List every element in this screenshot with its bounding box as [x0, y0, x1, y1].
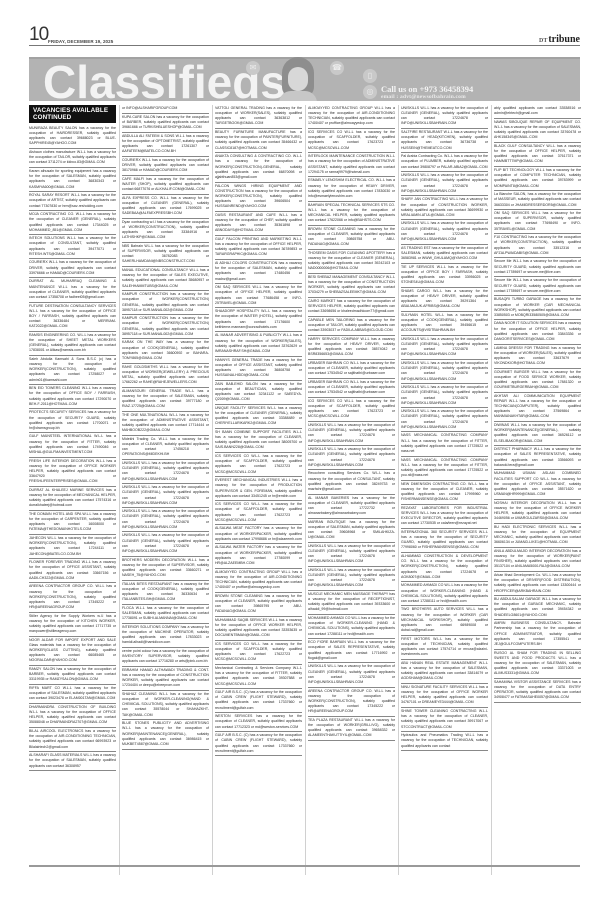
classified-ad: ZAIN BAB-EHID SALON has a vacancy for th… — [215, 381, 302, 405]
classified-ad: MUSCLE MECHANIC MEN MASSAGE THERAPY has … — [308, 591, 395, 615]
classified-ad: FLIP BIT TECHNOLOGY W.L.L has a vacancy … — [494, 167, 581, 191]
classified-ad: WESTON SERVICES has a vacancy for the oc… — [215, 713, 302, 732]
classified-ad: MUNIRAZA BEAUTY SALON has a vacancy for … — [29, 125, 116, 149]
classified-ad: COURIERX W.L.L has a vacancy for the occ… — [29, 259, 116, 278]
call-us-phone: Call us on +973 36458394 — [381, 84, 473, 94]
classified-ad: HARRY SERVICES COMPANY W.L.L has a vacan… — [308, 336, 395, 360]
classified-ad: BAHRAIN SPECIAL TECHNICAL SERVICES STS C… — [308, 202, 395, 226]
classifieds-banner: Classifieds ✉ ☎ ▯ ◎ Call us on +973 3645… — [29, 57, 580, 101]
classified-ad: ICG SERVICES CO W.L.L has a vacancy for … — [308, 398, 395, 422]
classified-ad: Secure Me W.L.L has a vacancy for the oc… — [494, 258, 581, 277]
classified-ad: or INFO@ALSHARIFGROUP.COM — [122, 105, 209, 114]
classified-ad: DHARMANDRA CONSTRUCTION OF BUILDING W.L.… — [29, 704, 116, 728]
classified-ad: BROWN STONE CLEANING has a vacancy for t… — [215, 593, 302, 617]
classified-ad: RAHE GOLDSMITHS W.L.L has a vacancy for … — [122, 364, 209, 388]
mascot-body — [279, 91, 317, 101]
classified-ad: F10 CONTRACTING has a vacancy for the oc… — [494, 234, 581, 258]
classified-ad: GULF AIR B.S.C. (C) has a vacancy for th… — [215, 689, 302, 713]
classified-ad: Karam alhusain for sporting equipment ha… — [29, 168, 116, 192]
classified-columns: VACANCIES AVAILABLE CONTINUED MUNIRAZA B… — [29, 105, 580, 880]
classified-ad: Midekhi Trading Co. W.L.L has a vacancy … — [122, 436, 209, 460]
classified-ad: COURIERX W.L.L has a vacancy for the occ… — [122, 157, 209, 176]
classified-ad: KUPA CARE SALON has a vacancy for the oc… — [122, 114, 209, 133]
classified-ad: NASS MECHANICAL CONTRACTING COMPANY W.L.… — [401, 432, 488, 456]
classified-ad: Recochem consulting Services Co. W.L.L h… — [308, 470, 395, 494]
classified-ad: UNISKILLS W.L.L has a vacancy for the oc… — [308, 543, 395, 567]
classified-ad: CAIRO MARKET has a vacancy for the occup… — [308, 298, 395, 317]
logo-wordmark: tribune — [548, 34, 580, 45]
classified-ad: SHINE TOWER CLEANING CONTRACTING W.L.L h… — [401, 708, 488, 732]
classified-ad: DURRAT AL KHALEEJ MARINE SERVICES has a … — [29, 487, 116, 511]
classified-ad: RUSOO AL SHAM FOR TRADING IN SELLING SWE… — [494, 650, 581, 679]
classified-ad: INTERLOCK MAINTENANCE CONSTRUCTION W.L.L… — [308, 153, 395, 177]
classified-ad: FLOCA W.L.L has a vacancy for the occupa… — [122, 605, 209, 624]
column-3: VATTOLI GENERAL TRADING has a vacancy fo… — [215, 105, 302, 756]
classified-ad: UNISKILLS W.L.L has a vacancy for the oc… — [122, 532, 209, 556]
classified-ad: JAHECON W.L.L has a vacancy for the occu… — [29, 535, 116, 559]
classified-ad: DISTRICT PHARMACY W.L.L has a vacancy fo… — [494, 446, 581, 470]
classified-ad: Dyan contracting w.l.l has a vacancy for… — [122, 219, 209, 243]
classified-ad: SULYMAN HOTEL W.L.L has a vacancy for th… — [401, 312, 488, 336]
header-divider — [29, 45, 580, 46]
classified-ad: BEAUTY FURNITURE MANUFACTURE has a vacan… — [215, 129, 302, 153]
classified-ad: TEA PLAZA RESTAURANT W.L.L has a vacancy… — [308, 717, 395, 741]
classified-ad: MOHAMMED AHMADI CO W.L.L has a vacancy f… — [308, 615, 395, 639]
page-header: 10 FRIDAY, DECEMBER 19, 2025 — [29, 28, 281, 46]
classified-ad: Mechanical Contracting & Services Compan… — [215, 665, 302, 689]
classified-ad: UNISKILLS W.L.L has a vacancy for the oc… — [401, 360, 488, 384]
newspaper-logo: DTtribune — [539, 34, 580, 45]
classified-ad: AL MANAR ADVERTISING & PUBLICITY W.L.L h… — [215, 332, 302, 356]
classified-ad: FUTURE DESTINATION CONSULTANCY SERVICES … — [29, 303, 116, 332]
classified-ad: AREENA CONTRACTOR GROUP CO. W.L.L has a … — [308, 688, 395, 717]
classified-ad: EVEREST MECHANICAL INDUSTRIES W.L.L has … — [215, 477, 302, 501]
classified-ad: La Blanche SALON, has a vacancy for the … — [494, 191, 581, 210]
classified-ad: KAMPUR CONSTRUCTION has a vacancy for th… — [122, 315, 209, 339]
classified-ad: ICS SERVICES CO W.L.L has a vacancy for … — [215, 641, 302, 665]
classified-ad: LAMINA DRESS!! FOR TRADING has a vacancy… — [494, 345, 581, 369]
classified-ad: ALMOAYYED CONTRACTING GROUP W.L.L has a … — [215, 569, 302, 593]
classified-ad: UNISKILLS W.L.L has a vacancy for the oc… — [401, 172, 488, 196]
classified-ad: SHAHAZ CLEANING W.L.L has a vacancy for … — [122, 691, 209, 720]
classified-ad: THE DOMAIN HOTEL AND SPA W.L.L has a vac… — [29, 511, 116, 535]
classified-ad: SALTFIRE RESTAURANT W.L.L has a vacancy … — [401, 129, 488, 153]
classified-ad: UNISKILLS W.L.L has a vacancy for the oc… — [308, 567, 395, 591]
classified-ad: BU HADI ELECTRONIC SERVICES W.L.L has a … — [494, 524, 581, 548]
classified-ad: FALCON WINGS HIRING EQUIPMENT AND CONSTR… — [215, 183, 302, 212]
mail-icon: ✉ — [246, 61, 260, 75]
issue-date: FRIDAY, DECEMBER 19, 2025 — [48, 39, 113, 44]
classified-ad: UNISKILLS W.L.L has a vacancy for the oc… — [308, 663, 395, 687]
mascot-face — [288, 67, 308, 91]
classified-ad: GOURMET BURGER W.L.L has a vacancy for t… — [494, 369, 581, 393]
classified-ad: ALMOAYYED CONTRACTING GROUP W.L.L has a … — [308, 105, 395, 129]
classified-ad: Arkan Ithad Development Co. W.L.L has a … — [494, 572, 581, 596]
mascot-illustration — [279, 57, 317, 101]
classified-ad: ably qualified applicants can contact 33… — [494, 105, 581, 119]
classified-ad: MARRAN BOUTIQUE has a vacancy for the oc… — [308, 519, 395, 543]
column-divider — [398, 105, 399, 875]
classified-ad: UNIQUE FACILITY SERVICES W.L.L has a vac… — [215, 405, 302, 429]
classified-ad: RAMSIS ENGINEERING CO. W.L.L has a vacan… — [29, 332, 116, 356]
column-5: UNISKILLS W.L.L has a vacancy for the oc… — [401, 105, 488, 751]
classified-ad: THOSEEM OASIS FOR CLEANING &POTTERY has … — [308, 250, 395, 274]
classified-ad: DIWINAS W.L.L has a vacancy for the occu… — [494, 422, 581, 446]
classified-ad: ALHAMMAD CONSTRUCTION & DEVELOPMENT CO. … — [401, 553, 488, 582]
classified-ad: INTERNATIONAL 360 SECURITY SERVICES W.L.… — [401, 529, 488, 553]
page-number: 10 — [29, 26, 48, 44]
classified-ad: UNISKILLS W.L.L has a vacancy for the oc… — [122, 508, 209, 532]
column-6: ably qualified applicants can contact 33… — [494, 105, 581, 703]
classified-ad: GULF MAINSTEEL INTERNATIONAL W.L.L has a… — [29, 433, 116, 457]
classified-ad: ICS SERVICES CO W.L.L has a vacancy for … — [215, 501, 302, 525]
classified-ad: ABU HANAN REAL ESTATE MANAGEMENT W.L.L h… — [401, 660, 488, 684]
column-divider — [305, 105, 306, 875]
classified-ad: BESI SHEBAZ MANAGEMENT CONSULTANCY W.L.L… — [308, 274, 395, 298]
classified-ad: UNISKILLS W.L.L has a vacancy for the oc… — [308, 422, 395, 446]
classified-ad: HANNYS GENERAL TRADE has a vacancy for t… — [215, 357, 302, 381]
classified-ad: MANAL EDUCATIONAL CONSULTANCY W.L.L has … — [122, 267, 209, 291]
classified-ad: MUHAMMAD SAQIB SERVICES W.L.L has a vaca… — [215, 617, 302, 641]
logo-prefix: DT — [539, 38, 547, 44]
section-heading: VACANCIES AVAILABLE CONTINUED — [29, 105, 116, 123]
classified-ad: FRESH LIFE INTERIOR DECORATION W.L.L has… — [29, 458, 116, 487]
classified-ad: UNISKILLS W.L.L has a vacancy for the oc… — [308, 446, 395, 470]
phone-icon: ☎ — [330, 61, 344, 75]
classified-ad: MOJA CONTRACTING CO. W.L.L has a vacancy… — [29, 211, 116, 235]
classified-ad: BROWN STONE CLEANING has a vacancy for t… — [308, 226, 395, 250]
classified-ad: KAMPUR CONSTRUCTION has a vacancy for th… — [122, 291, 209, 315]
classified-ad: Hydraulics and Pneumatics Trading W.L.L … — [401, 732, 488, 751]
classified-ad: ITALIAN BITES RESTAURANT has a vacancy f… — [122, 581, 209, 605]
classified-ad: ALMANSOURI GENERAL TRADE W.L.L has a vac… — [122, 388, 209, 412]
column-2: or INFO@ALSHARIFGROUP.COMKUPA CARE SALON… — [122, 105, 209, 750]
classified-ad: UNISKILLS W.L.L has a vacancy for the oc… — [401, 408, 488, 432]
classified-ad: UNISKILLS W.L.L has a vacancy for the oc… — [122, 460, 209, 484]
column-4: ALMOAYYED CONTRACTING GROUP W.L.L has a … — [308, 105, 395, 741]
classified-ad: BLUE STONES PUBLICITY AND ADVERTISING W.… — [122, 720, 209, 749]
classified-ad: UNISKILLS W.L.L has a vacancy for the oc… — [122, 484, 209, 508]
classified-ad: NINU SIGNATURE FACILITY SERVICES W.L.L h… — [401, 684, 488, 708]
classified-ad: GULF AIR B.S.C. (C) has a vacancy for th… — [215, 732, 302, 756]
classified-ad: SHAMS CARGO W.L.L has a vacancy for the … — [401, 288, 488, 312]
classified-ad: AREENA CONTRACTOR GROUP CO. W.L.L has a … — [29, 583, 116, 612]
classified-ad: SH BANN COMBINE SUPPORT FACILITIES W.L.L… — [215, 429, 302, 453]
classified-ad: RAMZY SALON has a vacancy for the occupa… — [29, 666, 116, 685]
classified-ad: Stiller Agency for the Supply Workers w.… — [29, 613, 116, 637]
classified-ad: NBS Bahrain W.L.L has a vacancy for the … — [122, 243, 209, 267]
classified-ad: BROTHERS MODERN DECORATION W.L.L has a v… — [122, 557, 209, 581]
classified-ad: INTECH SOLUTIONS W.L.L has a vacancy for… — [29, 235, 116, 259]
classified-ad: DURRAT AL MUHARRAQ CLEANING & MAINTENANC… — [29, 278, 116, 302]
classified-ad: AMRIN BUSINESS CONSULTANCY- Bahraini Par… — [494, 620, 581, 649]
classified-ad: NEW DIMENSION CONTRACTING CO. W.L.L has … — [401, 481, 488, 505]
classified-ad: AL MANAR BAKERIES has a vacancy for the … — [308, 495, 395, 519]
classified-ad: REZAYAT LABORATORIES FOR INDUSTRIAL SERV… — [401, 505, 488, 529]
classified-ad: ALSALWA MEAT FACTORY has a vacancy for t… — [215, 525, 302, 544]
classified-ad: ALSALWA WATER FACTORY has a vacancy for … — [215, 544, 302, 568]
column-divider — [491, 105, 492, 875]
classified-ad: BUSAQRI TURBO GARAGE has a vacancy for t… — [494, 296, 581, 320]
classified-ad: BILAL AIRCOOL ELECTRONICS has a vacancy … — [29, 728, 116, 752]
classified-ad: NOOR ALDAR FOR IMPORT EXPORT AND SALE Gl… — [29, 637, 116, 666]
classified-ad: NASS MECHANICAL CONTRACTING COMPANY W.L.… — [401, 457, 488, 481]
classified-ad: ABDULLA ALI FATEEM & SONS W.L.L has a va… — [122, 133, 209, 157]
classified-ad: URBASER BAHRAIN CO W.L.L has a vacancy f… — [308, 360, 395, 379]
footer-divider — [29, 865, 580, 867]
classified-ad: OM SAQ SERVICES W.L.L has a vacancy for … — [494, 210, 581, 234]
classified-ad: SAHAMINA VISITOR ASSISTANCE SERVICES has… — [494, 679, 581, 703]
classified-ad: SHAADORP HOSPITALITY W.L.L has a vacancy… — [215, 308, 302, 332]
classified-ad: MOHAMMED AHMADI CO W.L.L has a vacancy f… — [401, 582, 488, 606]
classified-ad: SHARY JAN CONTRACTING W.L.L has a vacanc… — [401, 196, 488, 220]
classified-ad: GULF FALCON PRINTING AND MARKETING W.L.L… — [215, 236, 302, 260]
classified-ad: ECO FIORE BAHRAIN W.L.L has a vacancy fo… — [308, 639, 395, 663]
classified-ad: EBRAHIM HAMAD ALTHAWADI TRADING & CONT. … — [122, 667, 209, 691]
classified-ad: VATTOLI GENERAL TRADING has a vacancy fo… — [215, 105, 302, 129]
classified-ad: OM SAQ SERVICES W.L.L has a vacancy for … — [215, 284, 302, 308]
classified-ad: ALSHARAFI GLASS MATERIALS W.L.L has a va… — [29, 752, 116, 771]
classified-ad: Pal Arabia Contracting Co. W.L.L has a v… — [401, 153, 488, 172]
classified-ad: THE ONE MULTINATIONAL W.L.L has a vacanc… — [122, 412, 209, 436]
classified-ad: FLOWER FOREVER TRADING W.L.L has a vacan… — [29, 559, 116, 583]
classified-ad: NOSHAI INTERIOR DECORATION W.L.L has a v… — [494, 500, 581, 524]
classified-ad: TWO BROTHERS AUTO SERVICES W.L.L has a v… — [401, 606, 488, 635]
classified-ad: ESMAELY LENOSHIM ELECTRICAL CO. W.L.L ha… — [308, 177, 395, 201]
classified-ad: MUHAMMAD USMAN ASLAM COMBINED FACILITIES… — [494, 470, 581, 499]
column-1: VACANCIES AVAILABLE CONTINUED MUNIRAZA B… — [29, 105, 116, 771]
classified-ad: Secure Me W.L.L has a vacancy for the oc… — [494, 277, 581, 296]
classified-ad: NAWAS SIBOUQUE REPAIR OF EQUIPMENT CO. W… — [494, 119, 581, 143]
classified-ad: KARAK ON THE WAY has a vacancy for the o… — [122, 339, 209, 363]
classified-ad: CAFE MALFI has a vacancy for the occupat… — [122, 176, 209, 195]
globe-icon: ◎ — [363, 85, 377, 99]
classified-ad: ANAKTA CONSULTING & CONTRACTING CO. W.L.… — [215, 153, 302, 182]
classified-ad: URBASER BAHRAIN CO W.L.L has a vacancy f… — [308, 379, 395, 398]
contact-email: email : advt@newsofbahrain.com — [381, 94, 466, 100]
classified-ad: PROTECTS SECURITY SERVICES has a vacancy… — [29, 409, 116, 433]
classified-ad: centre point colour has a vacancy for th… — [122, 648, 209, 667]
classified-ad: UNISKILLS W.L.L has a vacancy for the oc… — [401, 384, 488, 408]
classified-ad: BLACK GULF CONSULTANCY W.L.L has a vacan… — [494, 143, 581, 167]
classified-ad: RIFFA MART CO W.L.L has a vacancy for th… — [29, 685, 116, 704]
classified-ad: Alshaun clothes manufacture W.L.L has a … — [29, 149, 116, 168]
classified-ad: INTERIOR SOLUTIONS COMPANY has a vacancy… — [122, 624, 209, 648]
classified-ad: ALFA EXPRESS CO. W.L.L has a vacancy for… — [122, 195, 209, 219]
classified-ad: UNISKILLS W.L.L has a vacancy for the oc… — [401, 220, 488, 244]
classified-ad: UNISKILLS W.L.L has a vacancy for the oc… — [401, 105, 488, 129]
classified-ad: Saleh Abdulla Kamsahi & Sons B.S.C (c) h… — [29, 356, 116, 385]
classified-ad: BEN EID TOWERS CLEANING W.L.L has a vaca… — [29, 385, 116, 409]
classified-ad: AKHTAR ALI COMMUNICATION EQUIPMENT REPAI… — [494, 393, 581, 422]
classified-ad: ROYAL SARAY RESORT W.L.L has a vacancy f… — [29, 192, 116, 211]
classified-ad: UNISKILLS W.L.L has a vacancy for the oc… — [401, 336, 488, 360]
classified-ad: CAPABLE MEN TAILORING has a vacancy for … — [308, 317, 395, 336]
classified-ad: FIRST MOTORS W.L.L has a vacancy for the… — [401, 636, 488, 660]
classified-ad: ICS SERVICES CO W.L.L has a vacancy for … — [215, 453, 302, 477]
classified-ad: TIE UP SERVICES W.L.L has a vacancy for … — [401, 264, 488, 288]
column-divider — [212, 105, 213, 875]
mobile-icon: ▯ — [363, 69, 377, 83]
classified-ad: AS TRADING EST has a vacancy for the occ… — [401, 245, 488, 264]
classified-ad: BU ABDULSALAM GARAGE W.L.L has a vacancy… — [494, 596, 581, 620]
classified-ad: DANA NOOR IT SOLUTION SERVICES has a vac… — [494, 320, 581, 344]
classified-ad: Al ADHAJ COLORS CONSTRUCTION has a vacan… — [215, 260, 302, 284]
classified-ad: ANILA ABDULMAJID INTERIOR DECORATION has… — [494, 548, 581, 572]
column-divider — [119, 105, 120, 875]
classified-ad: ICG SERVICES CO W.L.L has a vacancy for … — [308, 129, 395, 153]
classified-ad: OASIS RESTAURANT AND CAFE W.L.L has a va… — [215, 212, 302, 236]
